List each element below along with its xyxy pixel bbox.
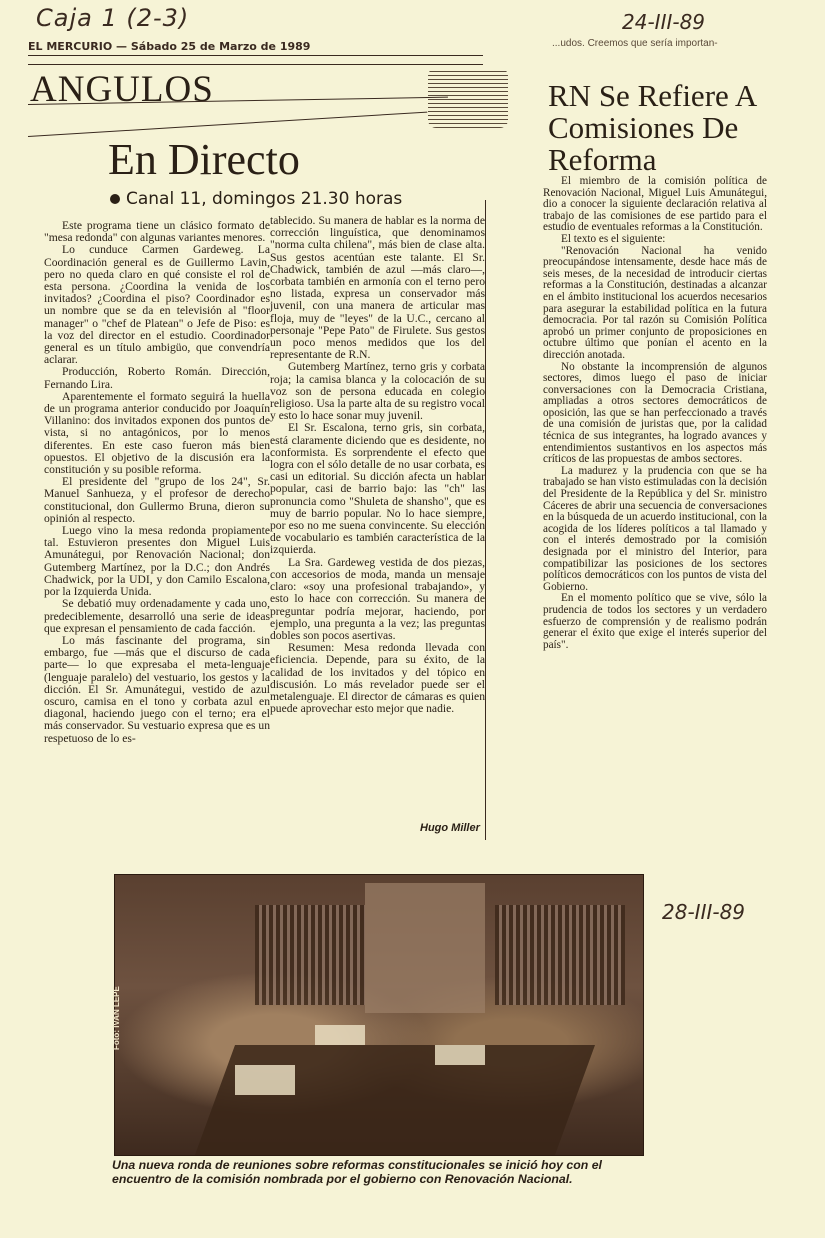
section-banner: ANGULOS [28,64,483,134]
handwritten-photo-date: 28-III-89 [662,900,745,924]
paragraph: El texto es el siguiente: [543,234,767,246]
paragraph: Gutemberg Martínez, terno gris y corbata… [270,361,485,422]
photo-caption: Una nueva ronda de reuniones sobre refor… [112,1158,652,1186]
paragraph: tablecido. Su manera de hablar es la nor… [270,215,485,361]
bookshelf [255,905,365,1005]
door-panel [365,883,485,1013]
document [435,1045,485,1065]
paragraph: Aparentemente el formato seguirá la huel… [44,391,270,476]
section-title: ANGULOS [30,68,214,111]
paragraph: Lo cunduce Carmen Gardeweg. La Coordinac… [44,244,270,366]
article-headline: En Directo [108,134,300,185]
article-column-2: tablecido. Su manera de hablar es la nor… [270,215,485,715]
paragraph: No obstante la incomprensión de algunos … [543,362,767,466]
handwritten-box-label: Caja 1 (2-3) [36,4,189,32]
meeting-photo [114,874,644,1156]
subhead-text: Canal 11, domingos 21.30 horas [126,189,402,209]
article-byline: Hugo Miller [420,822,480,834]
newspaper-masthead: EL MERCURIO — Sábado 25 de Marzo de 1989 [28,40,483,56]
paragraph: Este programa tiene un clásico formato d… [44,220,270,244]
paragraph: El miembro de la comisión política de Re… [543,176,767,234]
previous-article-fragment: ...udos. Creemos que sería importan- [552,38,718,49]
rn-headline: RN Se Refiere A Comisiones De Reforma [548,80,778,176]
divider [28,64,483,65]
paragraph: Luego vino la mesa redonda propiamente t… [44,525,270,598]
conference-table [195,1045,595,1155]
paragraph: Producción, Roberto Román. Dirección, Fe… [44,366,270,390]
paragraph: La Sra. Gardeweg vestida de dos piezas, … [270,557,485,642]
bookshelf [495,905,625,1005]
document [235,1065,295,1095]
paragraph: Resumen: Mesa redonda llevada con eficie… [270,642,485,715]
rn-article-body: El miembro de la comisión política de Re… [543,176,767,651]
photo-credit: Foto: IVAN LEPE [112,986,121,1050]
handwritten-date: 24-III-89 [622,10,705,34]
article-column-1: Este programa tiene un clásico formato d… [44,220,270,745]
column-divider [485,200,486,840]
tv-icon [428,68,508,128]
paragraph: El presidente del "grupo de los 24", Sr.… [44,476,270,525]
paragraph: "Renovación Nacional ha venido preocupán… [543,246,767,362]
article-subhead: Canal 11, domingos 21.30 horas [110,189,402,209]
document [315,1025,365,1045]
bullet-icon [110,194,120,204]
paragraph: En el momento político que se vive, sólo… [543,593,767,651]
paragraph: El Sr. Escalona, terno gris, sin corbata… [270,422,485,556]
paragraph: La madurez y la prudencia con que se ha … [543,466,767,594]
paragraph: Lo más fascinante del programa, sin emba… [44,635,270,745]
paragraph: Se debatió muy ordenadamente y cada uno,… [44,598,270,635]
